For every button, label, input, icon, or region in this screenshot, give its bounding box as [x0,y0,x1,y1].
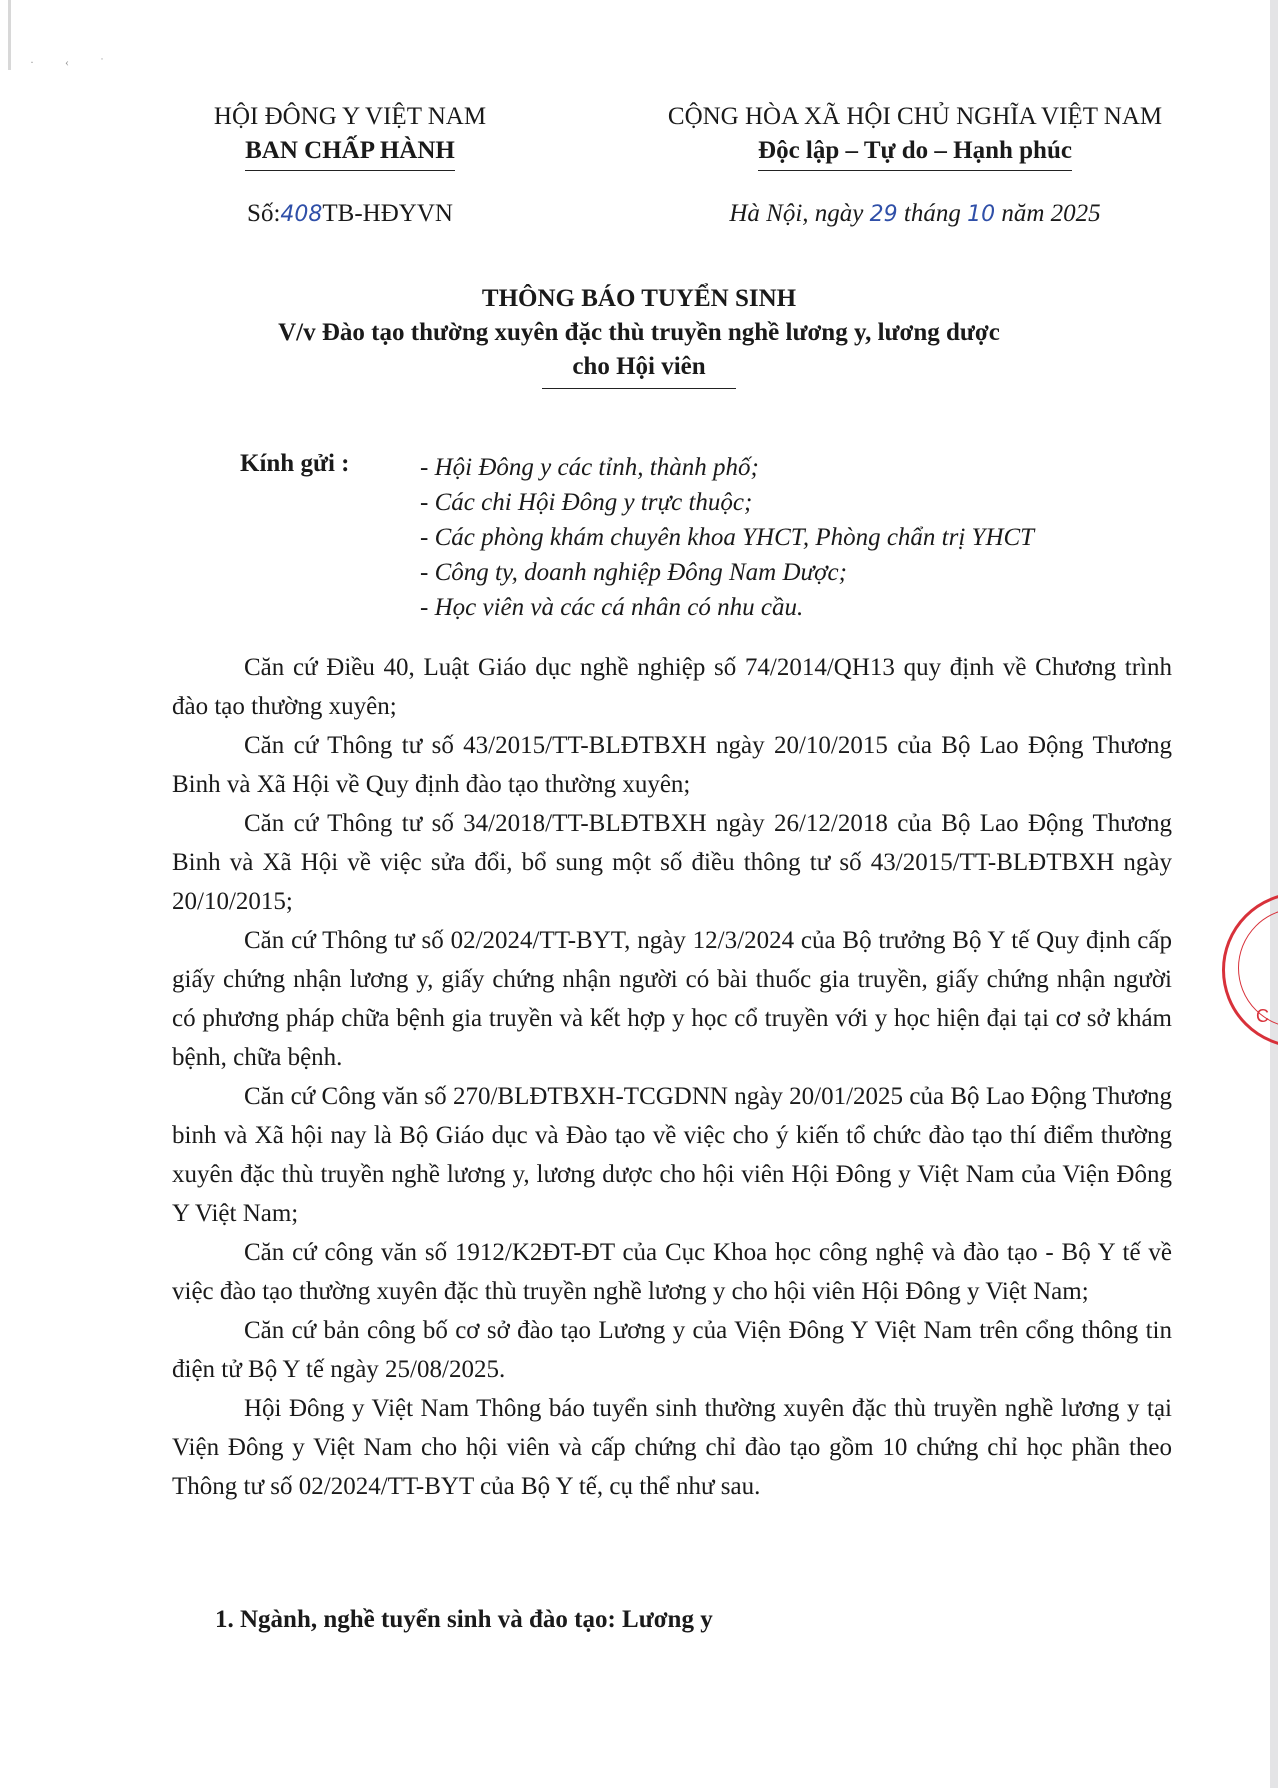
recipient-item: - Các phòng khám chuyên khoa YHCT, Phòng… [420,520,1034,555]
national-header: CỘNG HÒA XÃ HỘI CHỦ NGHĨA VIỆT NAM Độc l… [615,100,1215,171]
document-date: Hà Nội, ngày 29 tháng 10 năm 2025 [615,200,1215,228]
recipient-item: - Các chi Hội Đông y trực thuộc; [420,485,1034,520]
body-paragraph: Căn cứ Điều 40, Luật Giáo dục nghề nghiệ… [172,648,1172,726]
body-paragraph: Căn cứ bản công bố cơ sở đào tạo Lương y… [172,1311,1172,1389]
handwritten-day: 29 [870,202,898,227]
nation-name: CỘNG HÒA XÃ HỘI CHỦ NGHĨA VIỆT NAM [615,100,1215,134]
handwritten-number: 408 [280,202,322,227]
body-paragraph: Căn cứ Thông tư số 43/2015/TT-BLĐTBXH ng… [172,726,1172,804]
document-number: Số:408TB-HĐYVN [170,200,530,228]
body-paragraph: Căn cứ Công văn số 270/BLĐTBXH-TCGDNN ng… [172,1077,1172,1233]
body-paragraph: Căn cứ Thông tư số 02/2024/TT-BYT, ngày … [172,921,1172,1077]
body-paragraph: Hội Đông y Việt Nam Thông báo tuyển sinh… [172,1389,1172,1506]
recipients-label: Kính gửi : [240,450,349,478]
page-edge [1270,0,1278,1788]
scan-edge-mark [8,0,11,70]
national-motto: Độc lập – Tự do – Hạnh phúc [758,134,1072,171]
org-name: HỘI ĐÔNG Y VIỆT NAM [170,100,530,134]
org-department: BAN CHẤP HÀNH [245,134,455,171]
document-subject: V/v Đào tạo thường xuyên đặc thù truyền … [0,316,1278,350]
body-paragraph: Căn cứ Thông tư số 34/2018/TT-BLĐTBXH ng… [172,804,1172,921]
scan-artifacts: · ‹ ˙ [30,55,118,70]
recipients-list: - Hội Đông y các tỉnh, thành phố; - Các … [420,450,1034,625]
recipient-item: - Hội Đông y các tỉnh, thành phố; [420,450,1034,485]
document-title-block: THÔNG BÁO TUYỂN SINH V/v Đào tạo thường … [0,282,1278,389]
body-paragraph: Căn cứ công văn số 1912/K2ĐT-ĐT của Cục … [172,1233,1172,1311]
document-title: THÔNG BÁO TUYỂN SINH [0,282,1278,316]
recipient-item: - Học viên và các cá nhân có nhu cầu. [420,590,1034,625]
document-body: Căn cứ Điều 40, Luật Giáo dục nghề nghiệ… [172,648,1172,1506]
handwritten-month: 10 [967,202,995,227]
recipient-item: - Công ty, doanh nghiệp Đông Nam Dược; [420,555,1034,590]
organization-header: HỘI ĐÔNG Y VIỆT NAM BAN CHẤP HÀNH [170,100,530,171]
red-seal-text: C [1256,1006,1269,1027]
document-subject-line2: cho Hội viên [542,350,735,389]
section-heading-1: 1. Ngành, nghề tuyển sinh và đào tạo: Lư… [215,1606,713,1634]
